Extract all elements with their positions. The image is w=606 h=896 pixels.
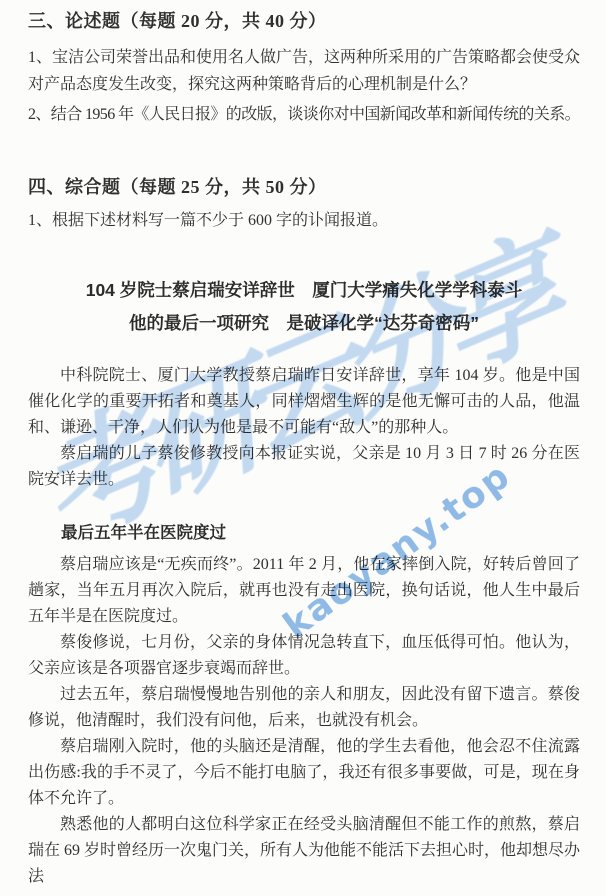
exam-page: 三、论述题（每题 20 分，共 40 分） 1、宝洁公司荣誉出品和使用名人做广告… xyxy=(0,0,606,896)
article-body: 中科院院士、厦门大学教授蔡启瑞昨日安详辞世，享年 104 岁。他是中国催化化学的… xyxy=(28,363,580,890)
article-paragraph: 蔡启瑞的儿子蔡俊修教授向本报证实说，父亲是 10 月 3 日 7 时 26 分在… xyxy=(28,441,580,493)
section-comprehensive-title: 四、综合题（每题 25 分，共 50 分） xyxy=(28,174,588,200)
essay-question-2: 2、结合 1956 年《人民日报》的改版，谈谈你对中国新闻改革和新闻传统的关系。 xyxy=(28,101,606,128)
section-essay-title: 三、论述题（每题 20 分，共 40 分） xyxy=(28,8,588,34)
article-paragraph: 蔡俊修说，七月份，父亲的身体情况急转直下，血压低得可怕。他认为，父亲应该是各项器… xyxy=(28,630,580,682)
article-paragraph: 过去五年，蔡启瑞慢慢地告别他的亲人和朋友，因此没有留下遗言。蔡俊修说，他清醒时，… xyxy=(28,682,580,734)
comprehensive-question-1: 1、根据下述材料写一篇不少于 600 字的讣闻报道。 xyxy=(28,207,580,234)
essay-question-1: 1、宝洁公司荣誉出品和使用名人做广告，这两种所采用的广告策略都会使受众对产品态度… xyxy=(28,44,580,98)
article-headline-line-1: 104 岁院士蔡启瑞安详辞世 厦门大学痛失化学学科泰斗 xyxy=(28,278,580,302)
article-paragraph: 蔡启瑞刚入院时，他的头脑还是清醒，他的学生去看他，他会忍不住流露出伤感:我的手不… xyxy=(28,734,580,812)
page-content: 三、论述题（每题 20 分，共 40 分） 1、宝洁公司荣誉出品和使用名人做广告… xyxy=(0,0,606,896)
article-headline-line-2: 他的最后一项研究 是破译化学“达芬奇密码” xyxy=(28,311,580,335)
article-paragraph: 蔡启瑞应该是“无疾而终”。2011 年 2 月，他在家摔倒入院，好转后曾回了趟家… xyxy=(28,552,580,630)
article-subheading: 最后五年半在医院度过 xyxy=(28,520,580,546)
article-paragraph: 中科院院士、厦门大学教授蔡启瑞昨日安详辞世，享年 104 岁。他是中国催化化学的… xyxy=(28,363,580,441)
article-paragraph: 熟悉他的人都明白这位科学家正在经受头脑清醒但不能工作的煎熬，蔡启瑞在 69 岁时… xyxy=(28,812,580,890)
